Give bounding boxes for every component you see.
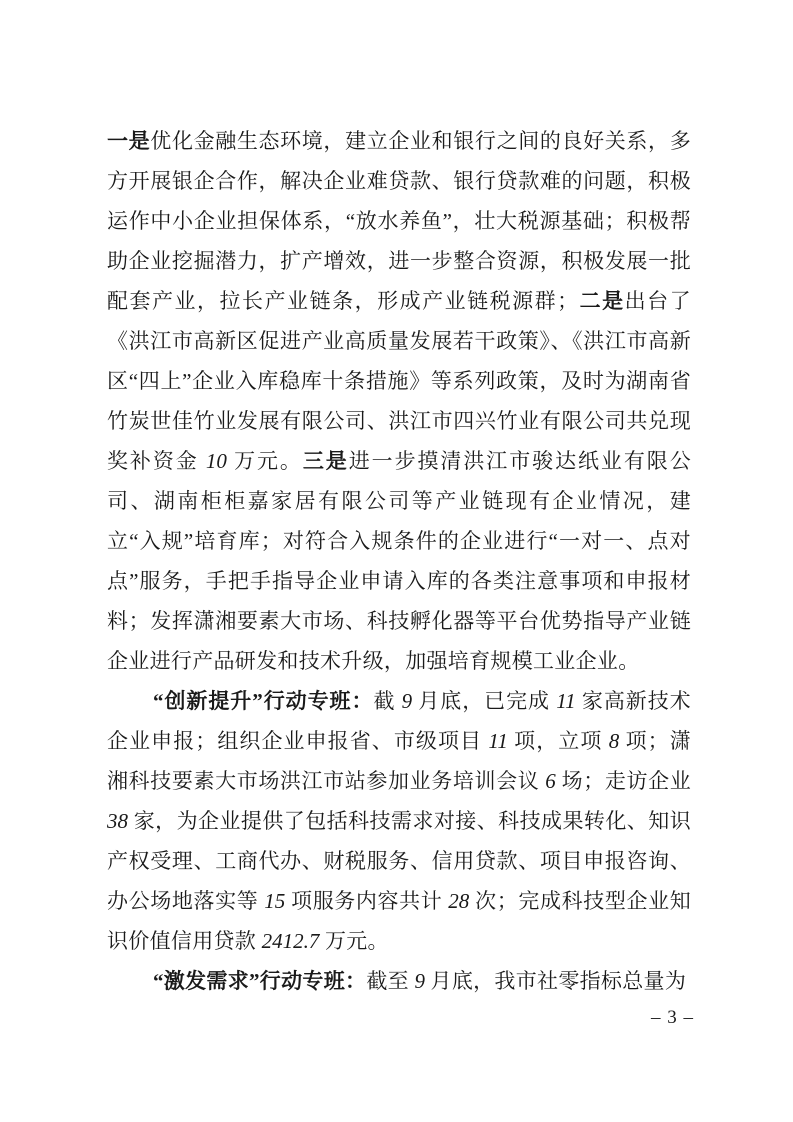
bold-lead-run: “创新提升”行动专班： bbox=[153, 689, 373, 713]
paragraph: “激发需求”行动专班：截至 9 月底，我市社零指标总量为 bbox=[107, 961, 691, 1001]
text-run: 截至 bbox=[366, 969, 414, 993]
number-run: 28 bbox=[448, 889, 469, 913]
paragraph: “创新提升”行动专班：截 9 月底，已完成 11 家高新技术企业申报；组织企业申… bbox=[107, 681, 691, 961]
number-run: 11 bbox=[488, 729, 507, 753]
text-run: 出台了《洪江市高新区促进产业高质量发展若干政策》、《洪江市高新区“四上”企业入库… bbox=[107, 289, 691, 473]
text-run: 项服务内容共计 bbox=[285, 889, 448, 913]
text-run: 场；走访企业 bbox=[556, 769, 691, 793]
number-run: 9 bbox=[414, 969, 425, 993]
text-run: 月底，已完成 bbox=[412, 689, 556, 713]
text-run: 进一步摸清洪江市骏达纸业有限公司、湖南柜柜嘉家居有限公司等产业链现有企业情况，建… bbox=[107, 449, 691, 673]
paragraph: 一是优化金融生态环境，建立企业和银行之间的良好关系，多方开展银企合作，解决企业难… bbox=[107, 121, 691, 681]
bold-lead-run: 一是 bbox=[107, 129, 150, 153]
document-page: 一是优化金融生态环境，建立企业和银行之间的良好关系，多方开展银企合作，解决企业难… bbox=[0, 0, 793, 1122]
text-run: 项，立项 bbox=[508, 729, 609, 753]
bold-lead-run: 三是 bbox=[303, 449, 349, 473]
bold-lead-run: “激发需求”行动专班： bbox=[153, 969, 366, 993]
number-run: 38 bbox=[107, 809, 128, 833]
number-run: 9 bbox=[402, 689, 413, 713]
text-run: 月底，我市社零指标总量为 bbox=[425, 969, 686, 993]
number-run: 11 bbox=[556, 689, 575, 713]
document-body: 一是优化金融生态环境，建立企业和银行之间的良好关系，多方开展银企合作，解决企业难… bbox=[107, 121, 691, 1001]
text-run: 万元。 bbox=[319, 929, 388, 953]
text-run: 优化金融生态环境，建立企业和银行之间的良好关系，多方开展银企合作，解决企业难贷款… bbox=[107, 129, 691, 313]
page-number: – 3 – bbox=[651, 1005, 694, 1031]
text-run: 万元。 bbox=[227, 449, 303, 473]
bold-lead-run: 二是 bbox=[578, 289, 624, 313]
number-run: 15 bbox=[264, 889, 285, 913]
number-run: 8 bbox=[609, 729, 620, 753]
number-run: 6 bbox=[545, 769, 556, 793]
number-run: 10 bbox=[206, 449, 227, 473]
text-run: 截 bbox=[373, 689, 401, 713]
number-run: 2412.7 bbox=[262, 929, 320, 953]
